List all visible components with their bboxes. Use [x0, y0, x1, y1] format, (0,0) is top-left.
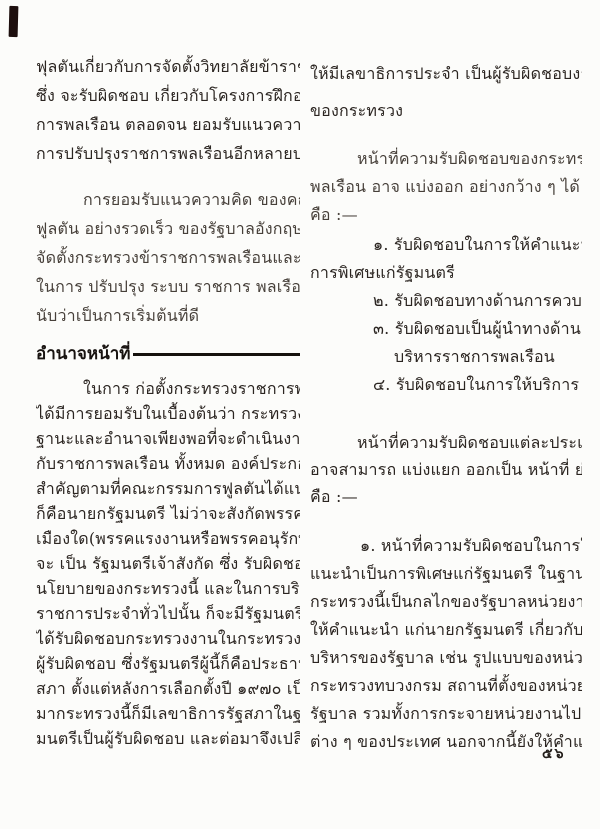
paragraph-continuation: ให้มีเลขาธิการประจำ เป็นผู้รับผิดชอบงานข…	[310, 55, 582, 129]
paragraph: ๑. หน้าที่ความรับผิดชอบในการให้คำแนะนำเป…	[310, 532, 582, 756]
text-line: ในการ ก่อตั้งกระทรวงราชการพลเรือน นั้น	[36, 376, 300, 401]
text-line: การปรับปรุงราชการพลเรือนอีกหลายประการด้ว…	[36, 139, 300, 168]
text-line: กระทรวงทบวงกรม สถานที่ตั้งของหน่วยงานของ	[310, 672, 582, 700]
text-line: พลเรือน อาจ แบ่งออก อย่างกว้าง ๆ ได้ ๔ ป…	[310, 173, 582, 201]
text-line: คือ :—	[310, 201, 582, 229]
text-line: ๑. รับผิดชอบในการให้คำแนะนำเป็น	[310, 231, 582, 259]
text-line: ราชการประจำทั่วไปนั้น ก็จะมีรัฐมนตรีที่ไ…	[36, 601, 300, 626]
text-line: การยอมรับแนวความคิด ของคณะกรรมการ	[36, 185, 300, 214]
text-line: สภา ตั้งแต่หลังการเลือกตั้งปี ๑๙๗๐ เป็นต…	[36, 676, 300, 701]
text-line: ผู้รับผิดชอบ ซึ่งรัฐมนตรีผู้นี้ก็คือประธ…	[36, 651, 300, 676]
text-line: ได้มีการยอมรับในเบื้องต้นว่า กระทรวงนี้ …	[36, 401, 300, 426]
text-line: ซึ่ง จะรับผิดชอบ เกี่ยวกับโครงการฝึกอบรม…	[36, 81, 300, 110]
text-line: ฟุลตันเกี่ยวกับการจัดตั้งวิทยาลัยข้าราชก…	[36, 52, 300, 81]
text-line: จะ เป็น รัฐมนตรีเจ้าสังกัด ซึ่ง รับผิดชอ…	[36, 551, 300, 576]
heading-rule	[133, 353, 300, 356]
text-line: การพิเศษแก่รัฐมนตรี	[310, 259, 582, 287]
text-line: นับว่าเป็นการเริ่มต้นที่ดี	[36, 301, 300, 330]
text-line: กระทรวงนี้เป็นกลไกของรัฐบาลหน่วยงานหนึ่ง…	[310, 588, 582, 616]
text-line: ให้คำแนะนำ แก่นายกรัฐมนตรี เกี่ยวกับ กลไ…	[310, 616, 582, 644]
text-line: แนะนำเป็นการพิเศษแก่รัฐมนตรี ในฐานะ	[310, 560, 582, 588]
text-line: กับราชการพลเรือน ทั้งหมด องค์ประกอบที่	[36, 451, 300, 476]
paragraph: หน้าที่ความรับผิดชอบแต่ละประเภทดังกล่าวอ…	[310, 429, 582, 510]
section-heading: อำนาจหน้าที่	[36, 341, 300, 365]
text-line: ฟูลตัน อย่างรวดเร็ว ของรัฐบาลอังกฤษเกี่ย…	[36, 214, 300, 243]
numbered-list: ๑. รับผิดชอบในการให้คำแนะนำเป็นการพิเศษแ…	[310, 231, 582, 399]
text-line: ได้รับผิดชอบกระทรวงงานในกระทรวงอื่นเป็น	[36, 626, 300, 651]
text-line: สำคัญตามที่คณะกรรมการฟูลตันได้แนะนำไว้	[36, 476, 300, 501]
text-line: ในการ ปรับปรุง ระบบ ราชการ พลเรือน ต่าง …	[36, 272, 300, 301]
paragraph: การยอมรับแนวความคิด ของคณะกรรมการฟูลตัน …	[36, 185, 300, 330]
section-heading-text: อำนาจหน้าที่	[36, 340, 130, 367]
text-line: รัฐบาล รวมทั้งการกระจายหน่วยงานไปยังส่วน	[310, 700, 582, 728]
right-column: ให้มีเลขาธิการประจำ เป็นผู้รับผิดชอบงานข…	[310, 55, 582, 765]
text-line: บริหารของรัฐบาล เช่น รูปแบบของหน่วยงาน	[310, 644, 582, 672]
paragraph-continuation: ฟุลตันเกี่ยวกับการจัดตั้งวิทยาลัยข้าราชก…	[36, 52, 300, 168]
scanned-page: ฟุลตันเกี่ยวกับการจัดตั้งวิทยาลัยข้าราชก…	[0, 0, 600, 829]
paragraph: หน้าที่ความรับผิดชอบของกระทรวงราชการพลเร…	[310, 145, 582, 229]
text-line: ก็คือนายกรัฐมนตรี ไม่ว่าจะสังกัดพรรคการ	[36, 501, 300, 526]
left-column: ฟุลตันเกี่ยวกับการจัดตั้งวิทยาลัยข้าราชก…	[36, 52, 300, 762]
text-line: คือ :—	[310, 483, 582, 510]
text-line: หน้าที่ความรับผิดชอบแต่ละประเภทดังกล่าว	[310, 429, 582, 456]
text-line: ๒. รับผิดชอบทางด้านการควบคุม	[310, 287, 582, 315]
page-number: ๕๖	[542, 743, 565, 765]
text-line: ๓. รับผิดชอบเป็นผู้นำทางด้านการ	[310, 315, 582, 343]
text-line: ๔. รับผิดชอบในการให้บริการ	[310, 371, 582, 399]
text-line: หน้าที่ความรับผิดชอบของกระทรวงราชการ	[310, 145, 582, 173]
text-line: ของกระทรวง	[310, 92, 582, 129]
text-line: มนตรีเป็นผู้รับผิดชอบ และต่อมาจึงเปลี่ยน	[36, 726, 300, 751]
paragraph: ในการ ก่อตั้งกระทรวงราชการพลเรือน นั้นได…	[36, 376, 300, 751]
text-line: การพลเรือน ตลอดจน ยอมรับแนวความคิด เกี่ย…	[36, 110, 300, 139]
text-line: มากระทรวงนี้ก็มีเลขาธิการรัฐสภาในฐานะรัฐ…	[36, 701, 300, 726]
text-line: ฐานะและอำนาจเพียงพอที่จะดำเนินงานที่เกี่…	[36, 426, 300, 451]
text-line: ๑. หน้าที่ความรับผิดชอบในการให้คำ	[310, 532, 582, 560]
text-line: อาจสามารถ แบ่งแยก ออกเป็น หน้าที่ ย่อย ๆ…	[310, 456, 582, 483]
scan-ink-mark	[9, 6, 19, 37]
text-line: จัดตั้งกระทรวงข้าราชการพลเรือนและแนวความ…	[36, 243, 300, 272]
text-line: ให้มีเลขาธิการประจำ เป็นผู้รับผิดชอบงาน	[310, 55, 582, 92]
text-line: นโยบายของกระทรวงนี้ และในการบริหาร	[36, 576, 300, 601]
text-line: บริหารราชการพลเรือน	[310, 343, 582, 371]
text-line: เมืองใด(พรรคแรงงานหรือพรรคอนุรักษ์นิยม)	[36, 526, 300, 551]
